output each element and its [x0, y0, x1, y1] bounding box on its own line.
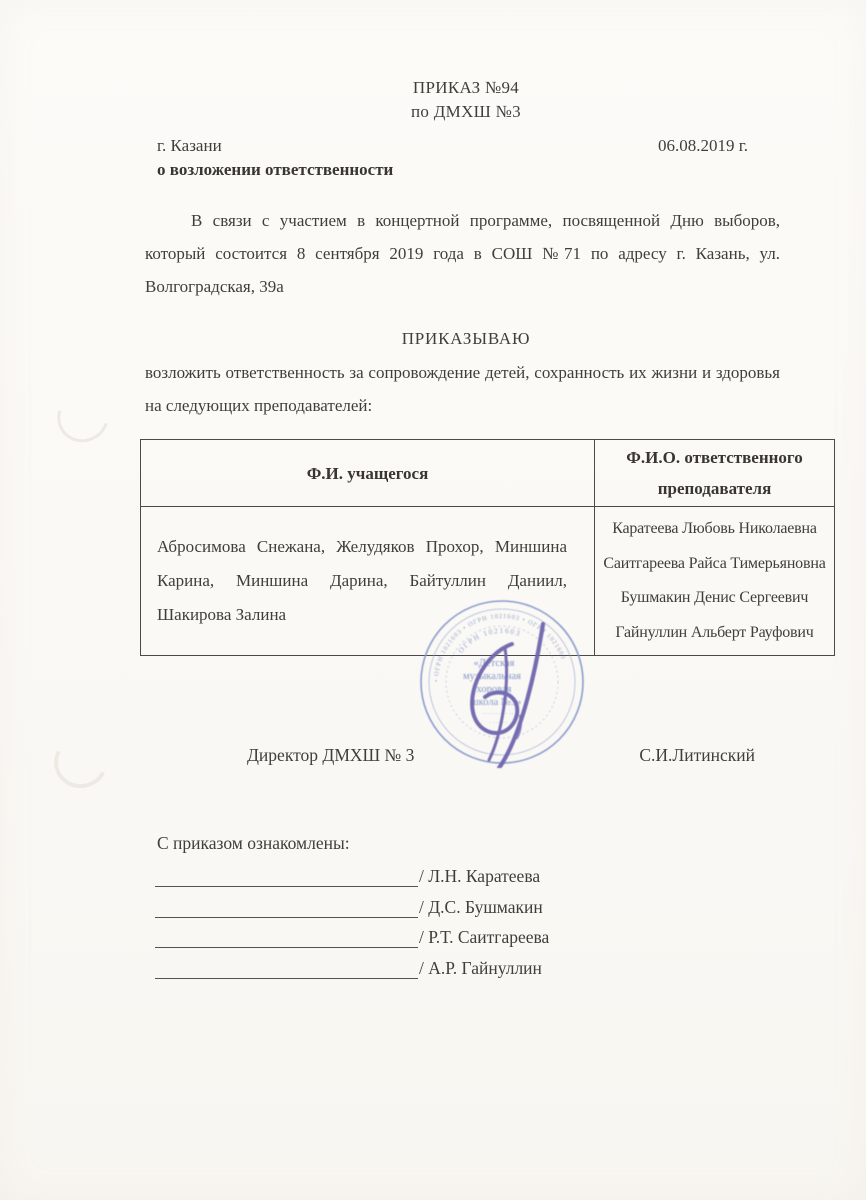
- assignments-table: Ф.И. учащегося Ф.И.О. ответственного пре…: [140, 439, 835, 656]
- table-body-row: Абросимова Снежана, Желудяков Прохор, Ми…: [141, 507, 835, 656]
- resolution-word: ПРИКАЗЫВАЮ: [140, 327, 792, 351]
- ack-name: / Р.Т. Саитгареева: [418, 927, 549, 947]
- ack-name: / Л.Н. Каратеева: [418, 866, 540, 886]
- ack-row: / А.Р. Гайнуллин: [155, 957, 792, 988]
- order-number-line: ПРИКАЗ №94: [140, 76, 792, 100]
- director-label: Директор ДМХШ № 3: [247, 743, 414, 767]
- teachers-cell: Каратеева Любовь Николаевна Саитгареева …: [595, 507, 835, 656]
- scanned-order-document: ПРИКАЗ №94 по ДМХШ №3 г. Казани 06.08.20…: [0, 0, 866, 1200]
- ack-row: / Д.С. Бушмакин: [155, 896, 792, 927]
- city-date-row: г. Казани 06.08.2019 г.: [140, 134, 792, 158]
- teacher-name-line: Бушмакин Денис Сергеевич: [598, 581, 831, 616]
- subject-line: о возложении ответственности: [157, 158, 792, 182]
- table-header-students: Ф.И. учащегося: [141, 440, 595, 507]
- ack-rows: / Л.Н. Каратеева / Д.С. Бушмакин / Р.Т. …: [155, 865, 792, 987]
- teacher-name-line: Каратеева Любовь Николаевна: [598, 512, 831, 547]
- students-names: Абросимова Снежана, Желудяков Прохор, Ми…: [142, 524, 593, 638]
- table-header-row: Ф.И. учащегося Ф.И.О. ответственного пре…: [141, 440, 835, 507]
- hole-punch-mark: [48, 383, 117, 452]
- signature-line: [155, 957, 418, 979]
- ack-name: / Д.С. Бушмакин: [418, 897, 543, 917]
- teacher-name-line: Гайнуллин Альберт Рауфович: [598, 616, 831, 651]
- teacher-name-line: Саитгареева Райса Тимерьяновна: [598, 547, 831, 582]
- signature-line: [155, 865, 418, 887]
- date-label: 06.08.2019 г.: [658, 134, 748, 158]
- director-signature-row: Директор ДМХШ № 3 С.И.Литинский: [140, 743, 792, 767]
- document-title: ПРИКАЗ №94 по ДМХШ №3: [140, 76, 792, 124]
- signature-line: [155, 896, 418, 918]
- resolution-text: возложить ответственность за сопровожден…: [145, 356, 780, 422]
- students-cell: Абросимова Снежана, Желудяков Прохор, Ми…: [141, 507, 595, 656]
- order-school-line: по ДМХШ №3: [140, 100, 792, 124]
- intro-paragraph: В связи с участием в концертной программ…: [145, 204, 780, 303]
- signature-line: [155, 926, 418, 948]
- ack-heading: С приказом ознакомлены:: [157, 831, 792, 855]
- hole-punch-mark: [47, 729, 114, 795]
- ack-row: / Р.Т. Саитгареева: [155, 926, 792, 957]
- teachers-names: Каратеева Любовь Николаевна Саитгареева …: [596, 508, 833, 654]
- table-header-teachers: Ф.И.О. ответственного преподавателя: [595, 440, 835, 507]
- ack-row: / Л.Н. Каратеева: [155, 865, 792, 896]
- city-label: г. Казани: [157, 134, 222, 158]
- director-name: С.И.Литинский: [639, 743, 755, 767]
- document-content: ПРИКАЗ №94 по ДМХШ №3 г. Казани 06.08.20…: [140, 0, 792, 987]
- ack-name: / А.Р. Гайнуллин: [418, 958, 542, 978]
